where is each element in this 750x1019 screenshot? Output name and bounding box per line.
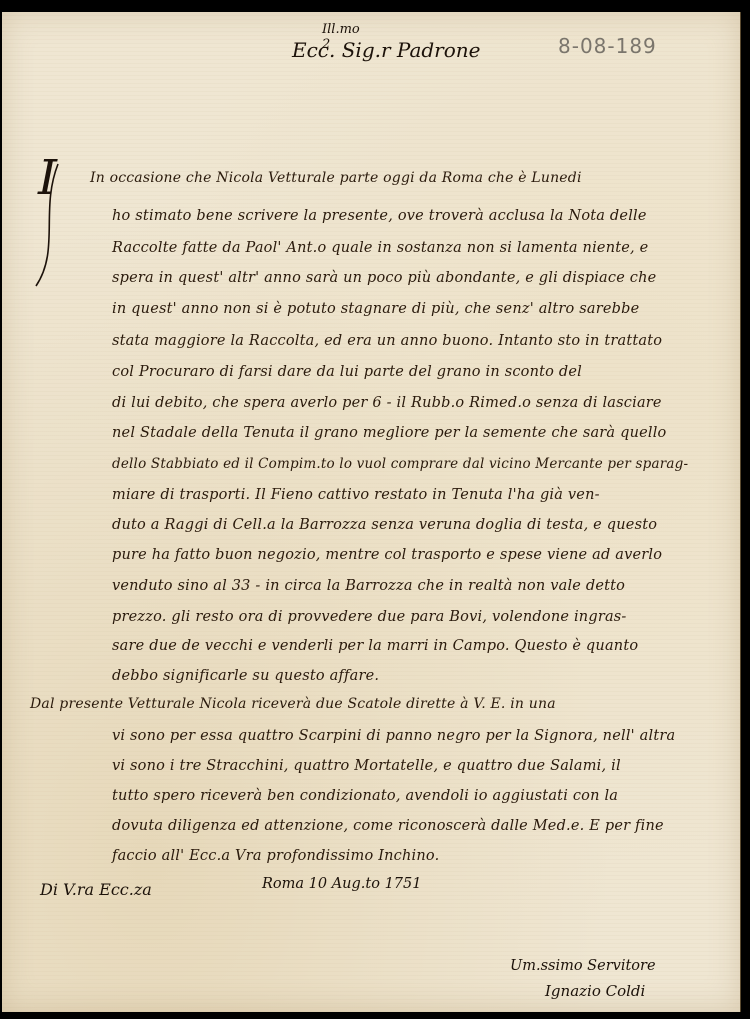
- body-line: di lui debito, che spera averlo per 6 - …: [112, 395, 662, 411]
- body-line: dello Stabbiato ed il Compim.to lo vuol …: [112, 456, 688, 472]
- postscript-line: tutto spero riceverà ben condizionato, a…: [112, 788, 618, 804]
- body-line: venduto sino al 33 - in circa la Barrozz…: [112, 578, 625, 594]
- body-line: stata maggiore la Raccolta, ed era un an…: [112, 333, 662, 349]
- body-line: sare due de vecchi e venderli per la mar…: [112, 638, 638, 654]
- signoff-line2: Ignazio Coldi: [545, 982, 645, 1000]
- body-line: spera in quest' altr' anno sarà un poco …: [112, 270, 656, 286]
- body-line: Raccolte fatte da Paol' Ant.o quale in s…: [112, 240, 648, 256]
- signoff-line1: Um.ssimo Servitore: [510, 958, 656, 974]
- body-line: pure ha fatto buon negozio, mentre col t…: [112, 547, 662, 563]
- body-line: nel Stadale della Tenuta il grano meglio…: [112, 425, 667, 441]
- body-line: In occasione che Nicola Vetturale parte …: [90, 170, 582, 186]
- body-line: duto a Raggi di Cell.a la Barrozza senza…: [112, 517, 657, 533]
- body-line: prezzo. gli resto ora di provvedere due …: [112, 609, 627, 625]
- salutation-main: Ecc. Sig.r Padrone: [292, 38, 481, 62]
- decorative-initial: I: [38, 150, 57, 206]
- body-line: miare di trasporti. Il Fieno cattivo res…: [112, 487, 600, 503]
- postscript-line: dovuta diligenza ed attenzione, come ric…: [112, 818, 664, 834]
- postscript-line: vi sono i tre Stracchini, quattro Mortat…: [112, 758, 621, 774]
- archive-number: 8-08-189: [558, 34, 657, 58]
- body-line: ho stimato bene scrivere la presente, ov…: [112, 208, 647, 224]
- body-line: col Procuraro di farsi dare da lui parte…: [112, 364, 582, 380]
- body-line: debbo significarle su questo affare.: [112, 668, 379, 684]
- postscript-line: vi sono per essa quattro Scarpini di pan…: [112, 728, 675, 744]
- postscript-line: faccio all' Ecc.a Vra profondissimo Inch…: [112, 848, 439, 864]
- body-line: in quest' anno non si è potuto stagnare …: [112, 301, 639, 317]
- closing-left: Di V.ra Ecc.za: [40, 880, 152, 899]
- postscript-line: Dal presente Vetturale Nicola riceverà d…: [30, 696, 556, 712]
- place-date: Roma 10 Aug.to 1751: [262, 876, 421, 892]
